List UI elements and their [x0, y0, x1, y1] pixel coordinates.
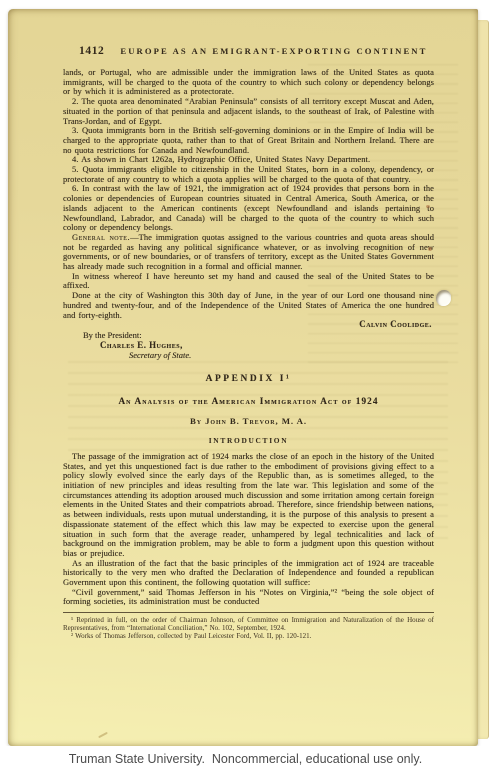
- intro-paragraph-3: “Civil government,” said Thomas Jefferso…: [63, 588, 434, 607]
- president-signature: Calvin Coolidge.: [63, 320, 434, 330]
- attribution-bar: Truman State University. Noncommercial, …: [0, 746, 491, 772]
- footnote-2: ² Works of Thomas Jefferson, collected b…: [63, 632, 434, 640]
- appendix-heading: APPENDIX I¹: [63, 374, 434, 384]
- witness-clause: In witness whereof I have hereunto set m…: [63, 272, 434, 291]
- attribution-text: Truman State University. Noncommercial, …: [69, 752, 422, 766]
- introduction-heading: INTRODUCTION: [63, 436, 434, 445]
- page-content: 1412 EUROPE AS AN EMIGRANT-EXPORTING CON…: [8, 9, 478, 640]
- paper-speck: [426, 205, 430, 208]
- general-note-paragraph: General note.—The immigration quotas ass…: [63, 233, 434, 272]
- appendix-title: An Analysis of the American Immigration …: [63, 396, 434, 406]
- testimonium-clause: Done at the city of Washington this 30th…: [63, 291, 434, 320]
- signature-block: Calvin Coolidge. By the President: Charl…: [63, 320, 434, 361]
- general-note-label: General note.: [72, 232, 130, 242]
- running-title: EUROPE AS AN EMIGRANT-EXPORTING CONTINEN…: [120, 46, 427, 56]
- appendix-byline: By John B. Trevor, M. A.: [63, 416, 434, 426]
- secretary-title: Secretary of State.: [129, 351, 434, 361]
- paragraph-continuation: lands, or Portugal, who are admissible u…: [63, 68, 434, 97]
- intro-paragraph-1: The passage of the immigration act of 19…: [63, 452, 434, 559]
- paper-speck: [428, 247, 432, 251]
- footnote-1: ¹ Reprinted in full, on the order of Cha…: [63, 616, 434, 632]
- punch-hole: [436, 290, 451, 306]
- running-header: 1412 EUROPE AS AN EMIGRANT-EXPORTING CON…: [63, 45, 434, 57]
- paragraph-item-3: 3. Quota immigrants born in the British …: [63, 126, 434, 155]
- document-page: 1412 EUROPE AS AN EMIGRANT-EXPORTING CON…: [8, 9, 478, 746]
- paper-scratch: [98, 732, 108, 738]
- paragraph-item-2: 2. The quota area denominated “Arabian P…: [63, 97, 434, 126]
- footnote-rule: [63, 612, 434, 613]
- scanned-document: 1412 EUROPE AS AN EMIGRANT-EXPORTING CON…: [0, 0, 491, 772]
- paragraph-item-5: 5. Quota immigrants eligible to citizens…: [63, 165, 434, 184]
- paragraph-item-6: 6. In contrast with the law of 1921, the…: [63, 184, 434, 233]
- page-number: 1412: [79, 45, 104, 57]
- intro-paragraph-2: As an illustration of the fact that the …: [63, 559, 434, 588]
